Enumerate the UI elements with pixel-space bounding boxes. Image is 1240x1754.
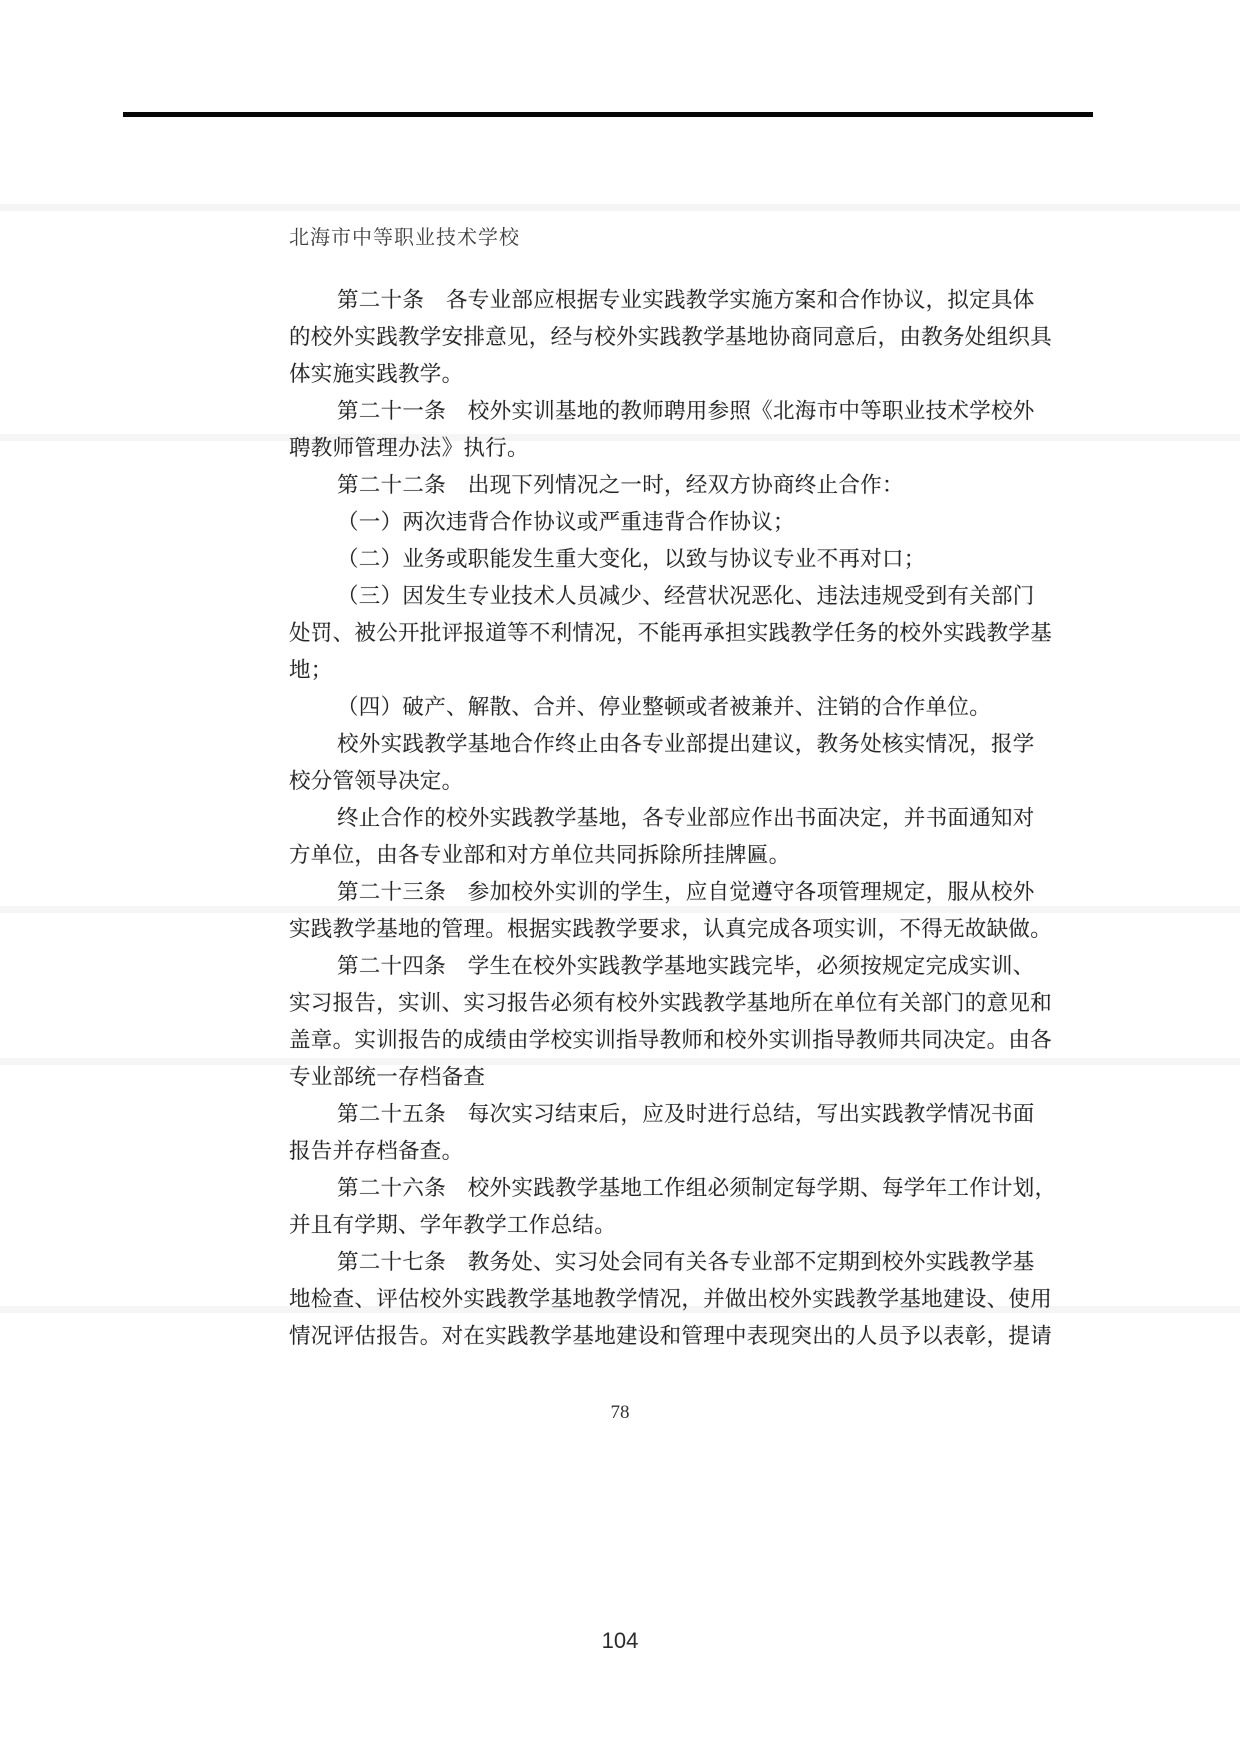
text-line: （四）破产、解散、合并、停业整顿或者被兼并、注销的合作单位。 [289, 689, 1034, 726]
viewer-page-number: 104 [0, 1628, 1240, 1654]
text-line: 的校外实践教学安排意见，经与校外实践教学基地协商同意后，由教务处组织具 [289, 319, 1034, 356]
header-divider-rule [123, 112, 1093, 117]
text-line: 第二十七条 教务处、实习处会同有关各专业部不定期到校外实践教学基 [289, 1244, 1034, 1281]
text-line: 处罚、被公开批评报道等不利情况，不能再承担实践教学任务的校外实践教学基 [289, 615, 1034, 652]
text-line: 第二十条 各专业部应根据专业实践教学实施方案和合作协议，拟定具体 [289, 282, 1034, 319]
text-line: 第二十五条 每次实习结束后，应及时进行总结，写出实践教学情况书面 [289, 1096, 1034, 1133]
scan-artifact-band [0, 204, 1240, 211]
text-line: 盖章。实训报告的成绩由学校实训指导教师和校外实训指导教师共同决定。由各 [289, 1022, 1034, 1059]
text-line: 校外实践教学基地合作终止由各专业部提出建议，教务处核实情况，报学 [289, 726, 1034, 763]
text-line: 实践教学基地的管理。根据实践教学要求，认真完成各项实训，不得无故缺做。 [289, 911, 1034, 948]
text-line: （一）两次违背合作协议或严重违背合作协议； [289, 504, 1034, 541]
text-line: 第二十六条 校外实践教学基地工作组必须制定每学期、每学年工作计划， [289, 1170, 1034, 1207]
text-line: 方单位，由各专业部和对方单位共同拆除所挂牌匾。 [289, 837, 1034, 874]
text-line: 第二十一条 校外实训基地的教师聘用参照《北海市中等职业技术学校外 [289, 393, 1034, 430]
text-line: 第二十三条 参加校外实训的学生，应自觉遵守各项管理规定，服从校外 [289, 874, 1034, 911]
text-line: 聘教师管理办法》执行。 [289, 430, 1034, 467]
text-line: （三）因发生专业技术人员减少、经营状况恶化、违法违规受到有关部门 [289, 578, 1034, 615]
document-body: 第二十条 各专业部应根据专业实践教学实施方案和合作协议，拟定具体 的校外实践教学… [289, 282, 1034, 1355]
text-line: 第二十二条 出现下列情况之一时，经双方协商终止合作： [289, 467, 1034, 504]
text-line: 实习报告，实训、实习报告必须有校外实践教学基地所在单位有关部门的意见和 [289, 985, 1034, 1022]
text-line: 情况评估报告。对在实践教学基地建设和管理中表现突出的人员予以表彰，提请 [289, 1318, 1034, 1355]
text-line: 体实施实践教学。 [289, 356, 1034, 393]
text-line: 报告并存档备查。 [289, 1133, 1034, 1170]
text-line: 地； [289, 652, 1034, 689]
document-page: 北海市中等职业技术学校 第二十条 各专业部应根据专业实践教学实施方案和合作协议，… [0, 0, 1240, 1754]
text-line: 地检查、评估校外实践教学基地教学情况，并做出校外实践教学基地建设、使用 [289, 1281, 1034, 1318]
text-line: 校分管领导决定。 [289, 763, 1034, 800]
text-line: 并且有学期、学年教学工作总结。 [289, 1207, 1034, 1244]
text-line: （二）业务或职能发生重大变化，以致与协议专业不再对口； [289, 541, 1034, 578]
document-header-title: 北海市中等职业技术学校 [289, 224, 520, 252]
text-line: 专业部统一存档备查 [289, 1059, 1034, 1096]
text-line: 第二十四条 学生在校外实践教学基地实践完毕，必须按规定完成实训、 [289, 948, 1034, 985]
document-page-number: 78 [0, 1402, 1240, 1424]
text-line: 终止合作的校外实践教学基地，各专业部应作出书面决定，并书面通知对 [289, 800, 1034, 837]
